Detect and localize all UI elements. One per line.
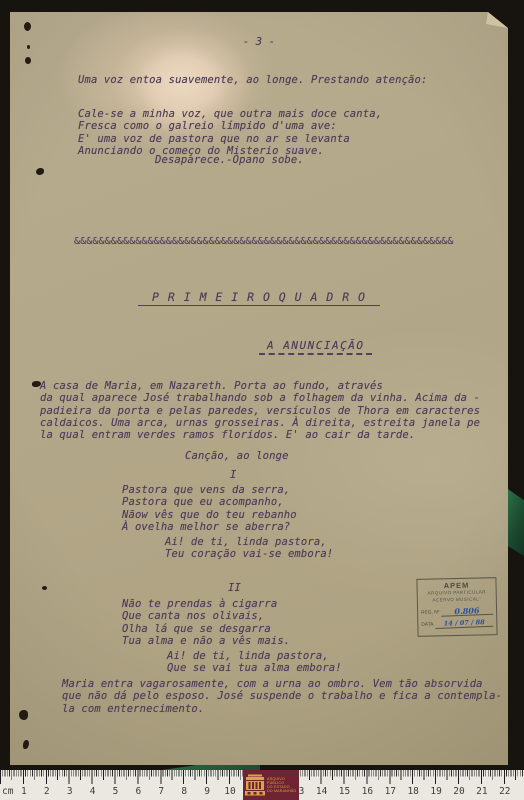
ruler-number: 16 (362, 786, 373, 797)
scene-description: A casa de Maria, em Nazareth. Porta ao f… (40, 380, 480, 441)
ruler-number: 15 (339, 786, 350, 797)
ruler-number: 22 (499, 786, 510, 797)
stamp-reg-label: REG. Nº (421, 610, 439, 616)
manuscript-page: - 3 - Uma voz entoa suavemente, ao longe… (10, 12, 508, 765)
stanza-two: Não te prendas à cigarra Que canta nos o… (122, 598, 290, 647)
ruler-number: 1 (21, 786, 27, 797)
stanza-one-numeral: I (230, 469, 236, 481)
ornament-divider: &&&&&&&&&&&&&&&&&&&&&&&&&&&&&&&&&&&&&&&&… (74, 236, 453, 248)
act-title: P R I M E I R O Q U A D R O (138, 291, 380, 306)
ink-blot (19, 710, 28, 720)
refrain-two: Ai! de ti, linda pastora, Que se vai tua… (167, 650, 342, 675)
ruler-number: 9 (204, 786, 210, 797)
ruler-number: 5 (113, 786, 119, 797)
ruler-number: 18 (407, 786, 418, 797)
archive-building-icon (245, 774, 265, 796)
stanza-one: Pastora que vens da serra, Pastora que e… (122, 484, 297, 533)
measuring-ruler: cm 1234567891013141516171819202122 ARQUI… (0, 770, 524, 800)
ink-blot (25, 57, 31, 64)
ruler-archive-logo: ARQUIVO PÚBLICO DO ESTADO DO MARANHÃO (243, 770, 299, 800)
ruler-number: 14 (316, 786, 327, 797)
stage-direction-opening: Uma voz entoa suavemente, ao longe. Pres… (78, 74, 427, 86)
ink-blot (24, 22, 31, 31)
ruler-number: 7 (158, 786, 164, 797)
song-caption: Canção, ao longe (185, 450, 289, 462)
ruler-number: 20 (453, 786, 464, 797)
scanned-archive-photo: { "document": { "page_number": "- 3 -", … (0, 0, 524, 800)
page-number: - 3 - (10, 36, 508, 48)
ruler-number: 19 (430, 786, 441, 797)
ruler-number: 17 (385, 786, 396, 797)
ink-blot (42, 586, 47, 590)
ruler-number: 4 (90, 786, 96, 797)
ruler-number: 2 (44, 786, 50, 797)
ruler-number: 10 (224, 786, 235, 797)
stanza-two-numeral: II (228, 582, 241, 594)
archive-stamp: APEM ARQUIVO PARTICULAR ACERVO MUSICAL" … (416, 577, 497, 637)
ruler-number: 3 (67, 786, 73, 797)
stamp-date-row: DATA 14 / 07 / 88 (421, 618, 493, 629)
stamp-date-value-handwritten: 14 / 07 / 88 (435, 618, 493, 629)
act-title-wrap: P R I M E I R O Q U A D R O (10, 286, 508, 306)
ruler-number: 8 (181, 786, 187, 797)
scene-title: A ANUNCIAÇÃO (259, 340, 372, 355)
opening-quatrain: Cale-se a minha voz, que outra mais doce… (78, 108, 382, 157)
ruler-logo-text: ARQUIVO PÚBLICO DO ESTADO DO MARANHÃO (267, 777, 296, 794)
refrain-one: Ai! de ti, linda pastora, Teu coração va… (165, 536, 333, 561)
ruler-number: 6 (136, 786, 142, 797)
closing-stage-direction: Maria entra vagarosamente, com a urna ao… (62, 678, 502, 715)
ruler-unit-label: cm (2, 786, 13, 797)
stamp-date-label: DATA (421, 622, 433, 628)
stage-direction-curtain: Desaparece.-Opano sobe. (155, 154, 304, 166)
ruler-number: 21 (476, 786, 487, 797)
stamp-reg-value-handwritten: 0.806 (441, 605, 493, 616)
stamp-reg-row: REG. Nº 0.806 (421, 606, 493, 617)
